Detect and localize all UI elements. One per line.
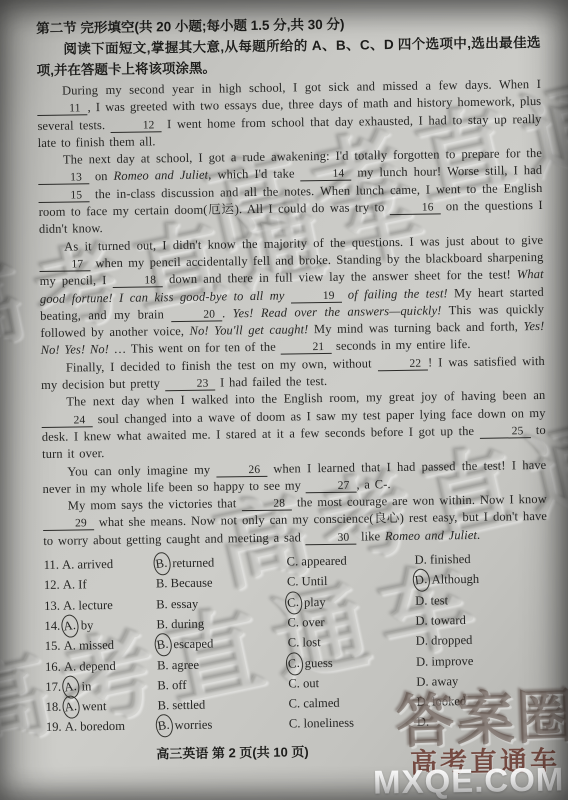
option-choice-13-A: 13. A. lecture: [44, 594, 156, 616]
exam-sheet: 第二节 完形填空(共 20 小题;每小题 1.5 分,共 30 分) 阅读下面短…: [36, 11, 551, 777]
option-letter: B.: [156, 594, 168, 614]
option-choice-19-B: B. worries: [158, 714, 289, 736]
passage-paragraph: During my second year in high school, I …: [37, 76, 542, 152]
passage-paragraph: My mom says the victories that 28 the mo…: [43, 491, 548, 550]
option-choice-14-A: 14. A. by: [44, 614, 156, 636]
cloze-blank-29: 29: [43, 518, 94, 532]
option-choice-11-D: D. finished: [414, 548, 547, 570]
option-choice-17-A: 17. A. in: [45, 675, 157, 697]
option-letter: D.: [414, 550, 427, 570]
option-letter: A.: [63, 575, 76, 595]
cloze-blank-20: 20: [171, 308, 222, 322]
selected-answer-circle: B.: [154, 714, 174, 739]
cloze-blank-12: 12: [111, 119, 162, 133]
option-choice-11-C: C. appeared: [286, 550, 414, 572]
cloze-blank-11: 11: [37, 103, 87, 117]
option-choice-14-C: C. over: [287, 611, 415, 633]
option-number: 13.: [44, 598, 63, 612]
option-choice-11-B: B. returned: [155, 552, 286, 574]
option-number: 19.: [46, 720, 65, 734]
site-url-watermark: MXQE.COM: [372, 760, 564, 800]
cloze-blank-26: 26: [216, 463, 267, 477]
cloze-blank-21: 21: [280, 341, 331, 355]
option-letter: B.: [156, 574, 168, 594]
option-letter: C.: [287, 612, 299, 632]
option-choice-13-D: D. test: [415, 589, 548, 611]
italic-text: Romeo and Juliet: [385, 528, 477, 543]
passage-paragraph: The next day at school, I got a rude awa…: [38, 145, 543, 239]
cloze-blank-28: 28: [241, 498, 292, 512]
italic-text: Yes! Read over the answers—quickly!: [233, 303, 442, 320]
option-letter: C.: [288, 633, 300, 653]
option-letter: C.: [288, 693, 300, 713]
option-letter: D.: [415, 590, 428, 610]
option-choice-15-C: C. lost: [288, 631, 416, 653]
option-letter: A.: [62, 555, 75, 575]
option-number: 12.: [44, 578, 63, 592]
option-letter: B.: [156, 614, 168, 634]
option-choice-19-A: 19. A. boredom: [46, 716, 158, 738]
italic-text: of failing the test!: [348, 286, 448, 301]
option-letter: B.: [157, 695, 169, 715]
cloze-blank-30: 30: [306, 531, 357, 545]
option-choice-11-A: 11. A. arrived: [43, 553, 155, 575]
option-letter: A.: [65, 717, 78, 737]
option-choice-18-A: 18. A. went: [45, 695, 157, 717]
option-choice-18-B: B. settled: [157, 694, 288, 716]
passage: During my second year in high school, I …: [37, 76, 547, 550]
option-letter: D.: [416, 651, 429, 671]
option-choice-13-C: C. play: [287, 590, 415, 612]
option-choice-17-B: B. off: [157, 673, 288, 695]
option-choice-12-B: B. Because: [156, 572, 287, 594]
option-choice-15-B: B. escaped: [157, 633, 288, 655]
option-number: 15.: [45, 639, 64, 653]
option-letter: D.: [416, 631, 429, 651]
option-letter: B.: [157, 655, 169, 675]
cloze-blank-13: 13: [38, 172, 89, 186]
passage-paragraph: The next day when I walked into the Engl…: [41, 387, 546, 463]
option-letter: D.: [415, 610, 428, 630]
option-letter: A.: [63, 595, 76, 615]
option-choice-16-B: B. agree: [157, 653, 288, 675]
option-choice-12-A: 12. A. If: [44, 574, 156, 596]
cloze-blank-14: 14: [301, 168, 352, 182]
cloze-blank-27: 27: [306, 479, 357, 493]
option-choice-16-C: C. guess: [288, 651, 416, 673]
section-instructions: 阅读下面短文,掌握其大意,从每题所给的 A、B、C、D 四个选项中,选出最佳选项…: [36, 32, 541, 81]
option-choice-12-C: C. Until: [287, 570, 415, 592]
italic-text: Romeo and Juliet: [113, 168, 208, 183]
option-choice-14-B: B. during: [156, 612, 287, 634]
italic-text: No! You'll get caught!: [190, 322, 309, 338]
option-letter: C.: [288, 673, 300, 693]
option-choice-14-D: D. toward: [415, 609, 548, 631]
option-number: 16.: [45, 659, 64, 673]
cloze-blank-23: 23: [165, 378, 216, 392]
option-letter: B.: [157, 675, 169, 695]
cloze-blank-16: 16: [390, 201, 441, 215]
cloze-blank-19: 19: [291, 289, 342, 303]
cloze-blank-25: 25: [480, 425, 531, 439]
option-choice-12-D: D. Although: [415, 568, 548, 590]
exam-paper-photo: 高考直通车 高考直通车 高考直通车 高考直通车 第二节 完形填空(共 20 小题…: [0, 0, 568, 800]
option-letter: A.: [64, 636, 77, 656]
cloze-blank-15: 15: [38, 189, 89, 203]
option-letter: C.: [286, 551, 298, 571]
option-letter: C.: [289, 714, 301, 734]
option-choice-13-B: B. essay: [156, 592, 287, 614]
cloze-blank-17: 17: [39, 258, 90, 272]
cloze-blank-22: 22: [377, 357, 428, 371]
option-letter: C.: [287, 572, 299, 592]
cloze-blank-24: 24: [42, 414, 93, 428]
passage-paragraph: As it turned out, I didn't know the majo…: [39, 232, 545, 360]
option-choice-16-A: 16. A. depend: [45, 655, 157, 677]
cloze-blank-18: 18: [112, 275, 163, 289]
option-letter: A.: [64, 656, 77, 676]
option-number: 11.: [44, 558, 63, 572]
option-choice-16-D: D. improve: [416, 649, 549, 671]
option-choice-15-A: 15. A. missed: [45, 635, 157, 657]
option-choice-15-D: D. dropped: [416, 629, 549, 651]
